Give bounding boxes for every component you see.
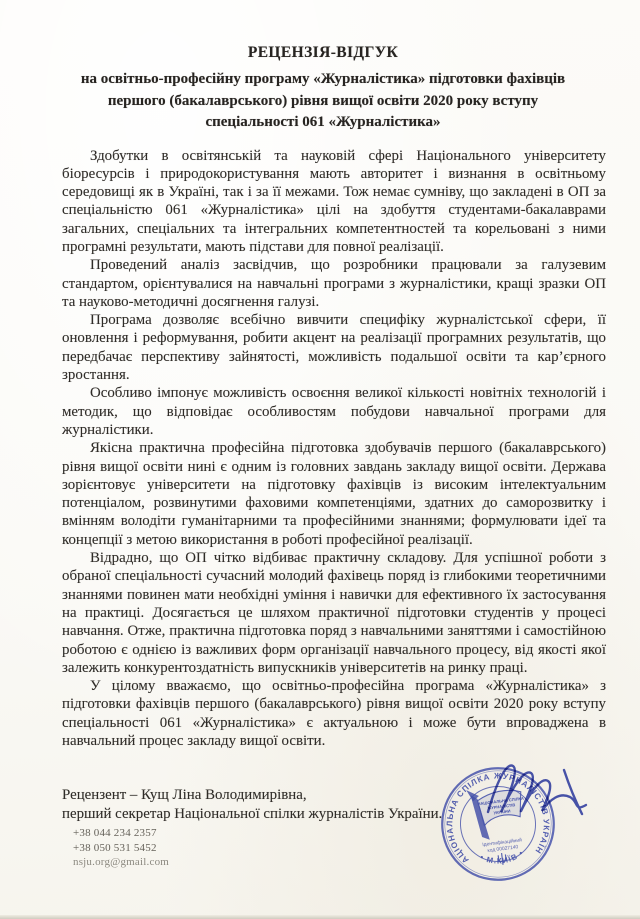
paragraph-3: Програма дозволяє всебічно вивчити специ… xyxy=(62,311,606,384)
document-header: РЕЦЕНЗІЯ-ВІДГУК на освітньо-професійну п… xyxy=(40,0,606,134)
scanned-document-page: РЕЦЕНЗІЯ-ВІДГУК на освітньо-професійну п… xyxy=(0,0,640,919)
reviewer-phone-1: +38 044 234 2357 xyxy=(73,826,442,841)
document-body: Здобутки в освітянській та науковій сфер… xyxy=(62,147,606,751)
paragraph-4: Особливо імпонує можливість освоєння вел… xyxy=(62,384,606,439)
reviewer-contacts: +38 044 234 2357 +38 050 531 5452 nsju.o… xyxy=(73,826,442,870)
paragraph-2: Проведений аналіз засвідчив, що розробни… xyxy=(62,256,606,311)
document-subtitle-line-2: першого (бакалаврського) рівня вищої осв… xyxy=(40,91,606,113)
reviewer-email: nsju.org@gmail.com xyxy=(73,855,442,870)
scan-edge-artifact xyxy=(0,915,640,919)
paragraph-5: Якісна практична професійна підготовка з… xyxy=(62,439,606,549)
document-subtitle-line-1: на освітньо-професійну програму «Журналі… xyxy=(40,69,606,91)
reviewer-position-line: перший секретар Національної спілки журн… xyxy=(62,805,442,824)
document-subtitle-line-3: спеціальності 061 «Журналістика» xyxy=(40,112,606,134)
handwritten-signature xyxy=(478,756,596,824)
paragraph-1: Здобутки в освітянській та науковій сфер… xyxy=(62,147,606,257)
signature-block: Рецензент – Кущ Ліна Володимирівна, перш… xyxy=(62,786,442,870)
paragraph-6: Відрадно, що ОП чітко відбиває практичну… xyxy=(62,549,606,677)
reviewer-phone-2: +38 050 531 5452 xyxy=(73,841,442,856)
reviewer-name-line: Рецензент – Кущ Ліна Володимирівна, xyxy=(62,786,442,805)
paragraph-7: У цілому вважаємо, що освітньо-професійн… xyxy=(62,677,606,750)
document-title: РЕЦЕНЗІЯ-ВІДГУК xyxy=(40,44,606,62)
